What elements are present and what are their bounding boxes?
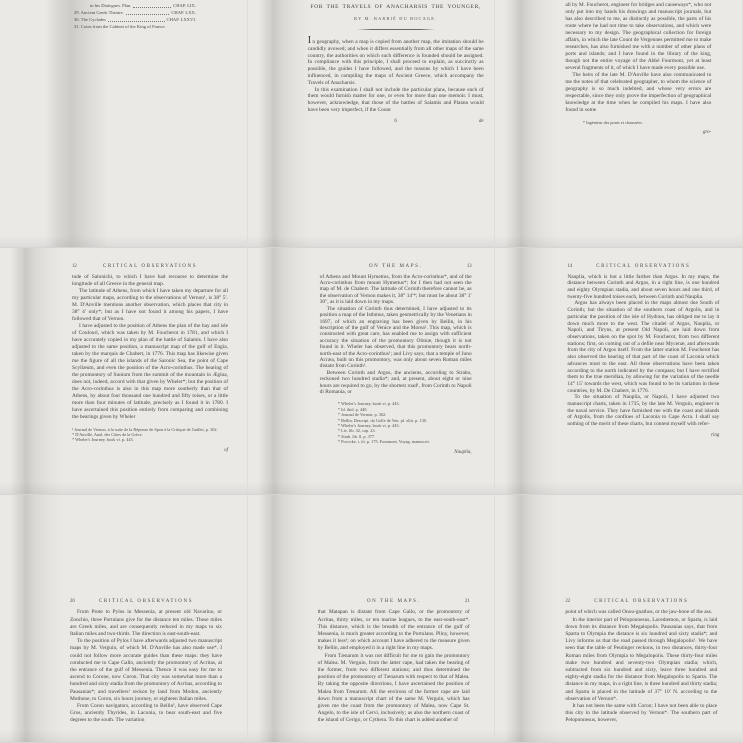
running-title: CRITICAL OBSERVATIONS bbox=[99, 599, 193, 604]
footnotes: * Ingénieur des ponts et chaussées. bbox=[583, 120, 703, 125]
footnotes: ¹ Journal de Vernon, à la suite de la Ré… bbox=[72, 427, 228, 443]
paragraph: The heirs of the late M. D'Anville have … bbox=[565, 72, 711, 114]
paragraph: To the position of Pylos I have afterwar… bbox=[70, 638, 222, 703]
folio-number: 14 bbox=[567, 264, 572, 269]
catchword: Nauplia, bbox=[320, 450, 472, 455]
author-byline: BY M. BARBIÉ DU BOCAGE. bbox=[308, 16, 484, 21]
paragraph: In the interior part of Peloponnesus, La… bbox=[565, 617, 717, 703]
footnote: * Ingénieur des ponts et chaussées. bbox=[583, 120, 703, 125]
paragraph: It has not been the same with Coron; I h… bbox=[565, 703, 717, 725]
paragraph: of Athens and Mount Hymettus, from the A… bbox=[320, 274, 472, 306]
running-head: ON THE MAPS. 21 bbox=[318, 599, 470, 604]
toc-entry: 29. Ancient Greek Theatre. bbox=[74, 9, 124, 16]
page-text-block: all by M. Foucherot, engineer for bridge… bbox=[565, 2, 711, 135]
running-head: ON THE MAPS. 13 bbox=[320, 264, 472, 269]
chapter-title: FOR THE TRAVELS OF ANACHARSIS THE YOUNGE… bbox=[308, 4, 484, 10]
toc-row: 29. Ancient Greek Theatre. CHAP. LXX. bbox=[74, 9, 196, 16]
paragraph: From Coron navigators, according to Bell… bbox=[70, 703, 222, 725]
paragraph: Between Corinth and Argos, the ancients,… bbox=[320, 370, 472, 396]
page-text-block: ON THE MAPS. 13 of Athens and Mount Hyme… bbox=[320, 264, 472, 455]
folio-number: 13 bbox=[467, 264, 472, 269]
page-scan-20[interactable]: 20 CRITICAL OBSERVATIONS From Prote to P… bbox=[0, 495, 248, 743]
dot-leader bbox=[108, 21, 165, 22]
toc-chapter-ref: CHAP. LIX. bbox=[173, 2, 196, 9]
running-title: CRITICAL OBSERVATIONS bbox=[594, 599, 688, 604]
catchword: gro- bbox=[565, 130, 711, 135]
page-text-block: 22 CRITICAL OBSERVATIONS point of which … bbox=[565, 599, 717, 724]
toc-block: in his Dialogues. Plan. CHAP. LIX. 29. A… bbox=[74, 2, 196, 30]
paragraph: From Tænarum it was not difficult for me… bbox=[318, 653, 470, 725]
running-title: ON THE MAPS. bbox=[367, 599, 420, 604]
toc-row: 31. Coins from the Cabinet of the King o… bbox=[74, 23, 196, 30]
paragraph: point of which was called Onou-gnathos, … bbox=[565, 609, 717, 616]
running-title: ON THE MAPS. bbox=[369, 264, 422, 269]
page-scan-toc[interactable]: in his Dialogues. Plan. CHAP. LIX. 29. A… bbox=[0, 0, 248, 248]
footnotes: * Wheler's Journey, book vi. p. 443. * I… bbox=[338, 401, 463, 444]
page-text-block: 14 CRITICAL OBSERVATIONS Nauplia, which … bbox=[567, 264, 719, 438]
footnote: * Wheler's Journey, book vi. p. 443. bbox=[72, 437, 228, 442]
toc-row: 30. The Cyclades CHAP. LXXVI. bbox=[74, 16, 196, 23]
catchword: de bbox=[479, 119, 484, 124]
toc-entry: 30. The Cyclades bbox=[74, 16, 106, 23]
paragraph: that Matapan is distant from Cape Gallo,… bbox=[318, 609, 470, 652]
paragraph: Nauplia, which is but a little farther t… bbox=[567, 274, 719, 301]
dot-leader bbox=[133, 7, 171, 8]
paragraph: I have adjusted to the position of Athen… bbox=[72, 323, 228, 421]
toc-chapter-ref: CHAP. LXX. bbox=[171, 9, 196, 16]
toc-entry: in his Dialogues. Plan. bbox=[74, 2, 131, 9]
folio-number: 21 bbox=[465, 599, 470, 604]
page-text-block: 20 CRITICAL OBSERVATIONS From Prote to P… bbox=[70, 599, 222, 724]
page-scan-14[interactable]: 14 CRITICAL OBSERVATIONS Nauplia, which … bbox=[495, 248, 743, 496]
running-head: 22 CRITICAL OBSERVATIONS bbox=[565, 599, 717, 604]
page-scan-6[interactable]: FOR THE TRAVELS OF ANACHARSIS THE YOUNGE… bbox=[248, 0, 496, 248]
page-scan-22[interactable]: 22 CRITICAL OBSERVATIONS point of which … bbox=[495, 495, 743, 743]
paragraph: The latitude of Athens, from which I hav… bbox=[72, 288, 228, 323]
paragraph: To the situation of Nauplia, or Napoli, … bbox=[567, 394, 719, 428]
page-text-block: ON THE MAPS. 21 that Matapan is distant … bbox=[318, 599, 470, 724]
paragraph: The situation of Corinth thus determined… bbox=[320, 306, 472, 370]
folio-number: 12 bbox=[72, 264, 77, 269]
catchword: of bbox=[72, 448, 228, 453]
folio-line: 6 de bbox=[308, 119, 484, 124]
catchword: ring bbox=[567, 433, 719, 438]
dot-leader bbox=[126, 14, 170, 15]
running-head: 20 CRITICAL OBSERVATIONS bbox=[70, 599, 222, 604]
ornament-rule bbox=[357, 29, 435, 30]
page-scan-21[interactable]: ON THE MAPS. 21 that Matapan is distant … bbox=[248, 495, 496, 743]
paragraph: all by M. Foucherot, engineer for bridge… bbox=[565, 2, 711, 72]
paragraph: In geography, when a map is copied from … bbox=[308, 37, 484, 87]
document-grid-canvas[interactable]: in his Dialogues. Plan. CHAP. LIX. 29. A… bbox=[0, 0, 743, 743]
paragraph: In this examination I shall not include … bbox=[308, 87, 484, 114]
toc-row: in his Dialogues. Plan. CHAP. LIX. bbox=[74, 2, 196, 9]
toc-chapter-ref: CHAP. LXXVI. bbox=[167, 16, 196, 23]
folio-number: 22 bbox=[565, 599, 570, 604]
paragraph: Argos has always been placed in the maps… bbox=[567, 300, 719, 394]
folio-number: 6 bbox=[394, 119, 397, 124]
running-title: CRITICAL OBSERVATIONS bbox=[596, 264, 690, 269]
running-head: 14 CRITICAL OBSERVATIONS bbox=[567, 264, 719, 269]
footnote: * Pococke, t. iii. p. 175. Fourmont, Voy… bbox=[338, 439, 463, 444]
page-text-block: 12 CRITICAL OBSERVATIONS tude of Salonic… bbox=[72, 264, 228, 453]
page-scan-7[interactable]: all by M. Foucherot, engineer for bridge… bbox=[495, 0, 743, 248]
toc-entry: 31. Coins from the Cabinet of the King o… bbox=[74, 23, 166, 30]
page-text-block: FOR THE TRAVELS OF ANACHARSIS THE YOUNGE… bbox=[308, 4, 484, 124]
folio-number: 20 bbox=[70, 599, 75, 604]
running-title: CRITICAL OBSERVATIONS bbox=[103, 264, 197, 269]
paragraph: tude of Salonichi, to which I have had r… bbox=[72, 274, 228, 288]
page-scan-13[interactable]: ON THE MAPS. 13 of Athens and Mount Hyme… bbox=[248, 248, 496, 496]
paragraph: From Prote to Pylos in Messenia, at pres… bbox=[70, 609, 222, 638]
running-head: 12 CRITICAL OBSERVATIONS bbox=[72, 264, 228, 269]
page-scan-12[interactable]: 12 CRITICAL OBSERVATIONS tude of Salonic… bbox=[0, 248, 248, 496]
